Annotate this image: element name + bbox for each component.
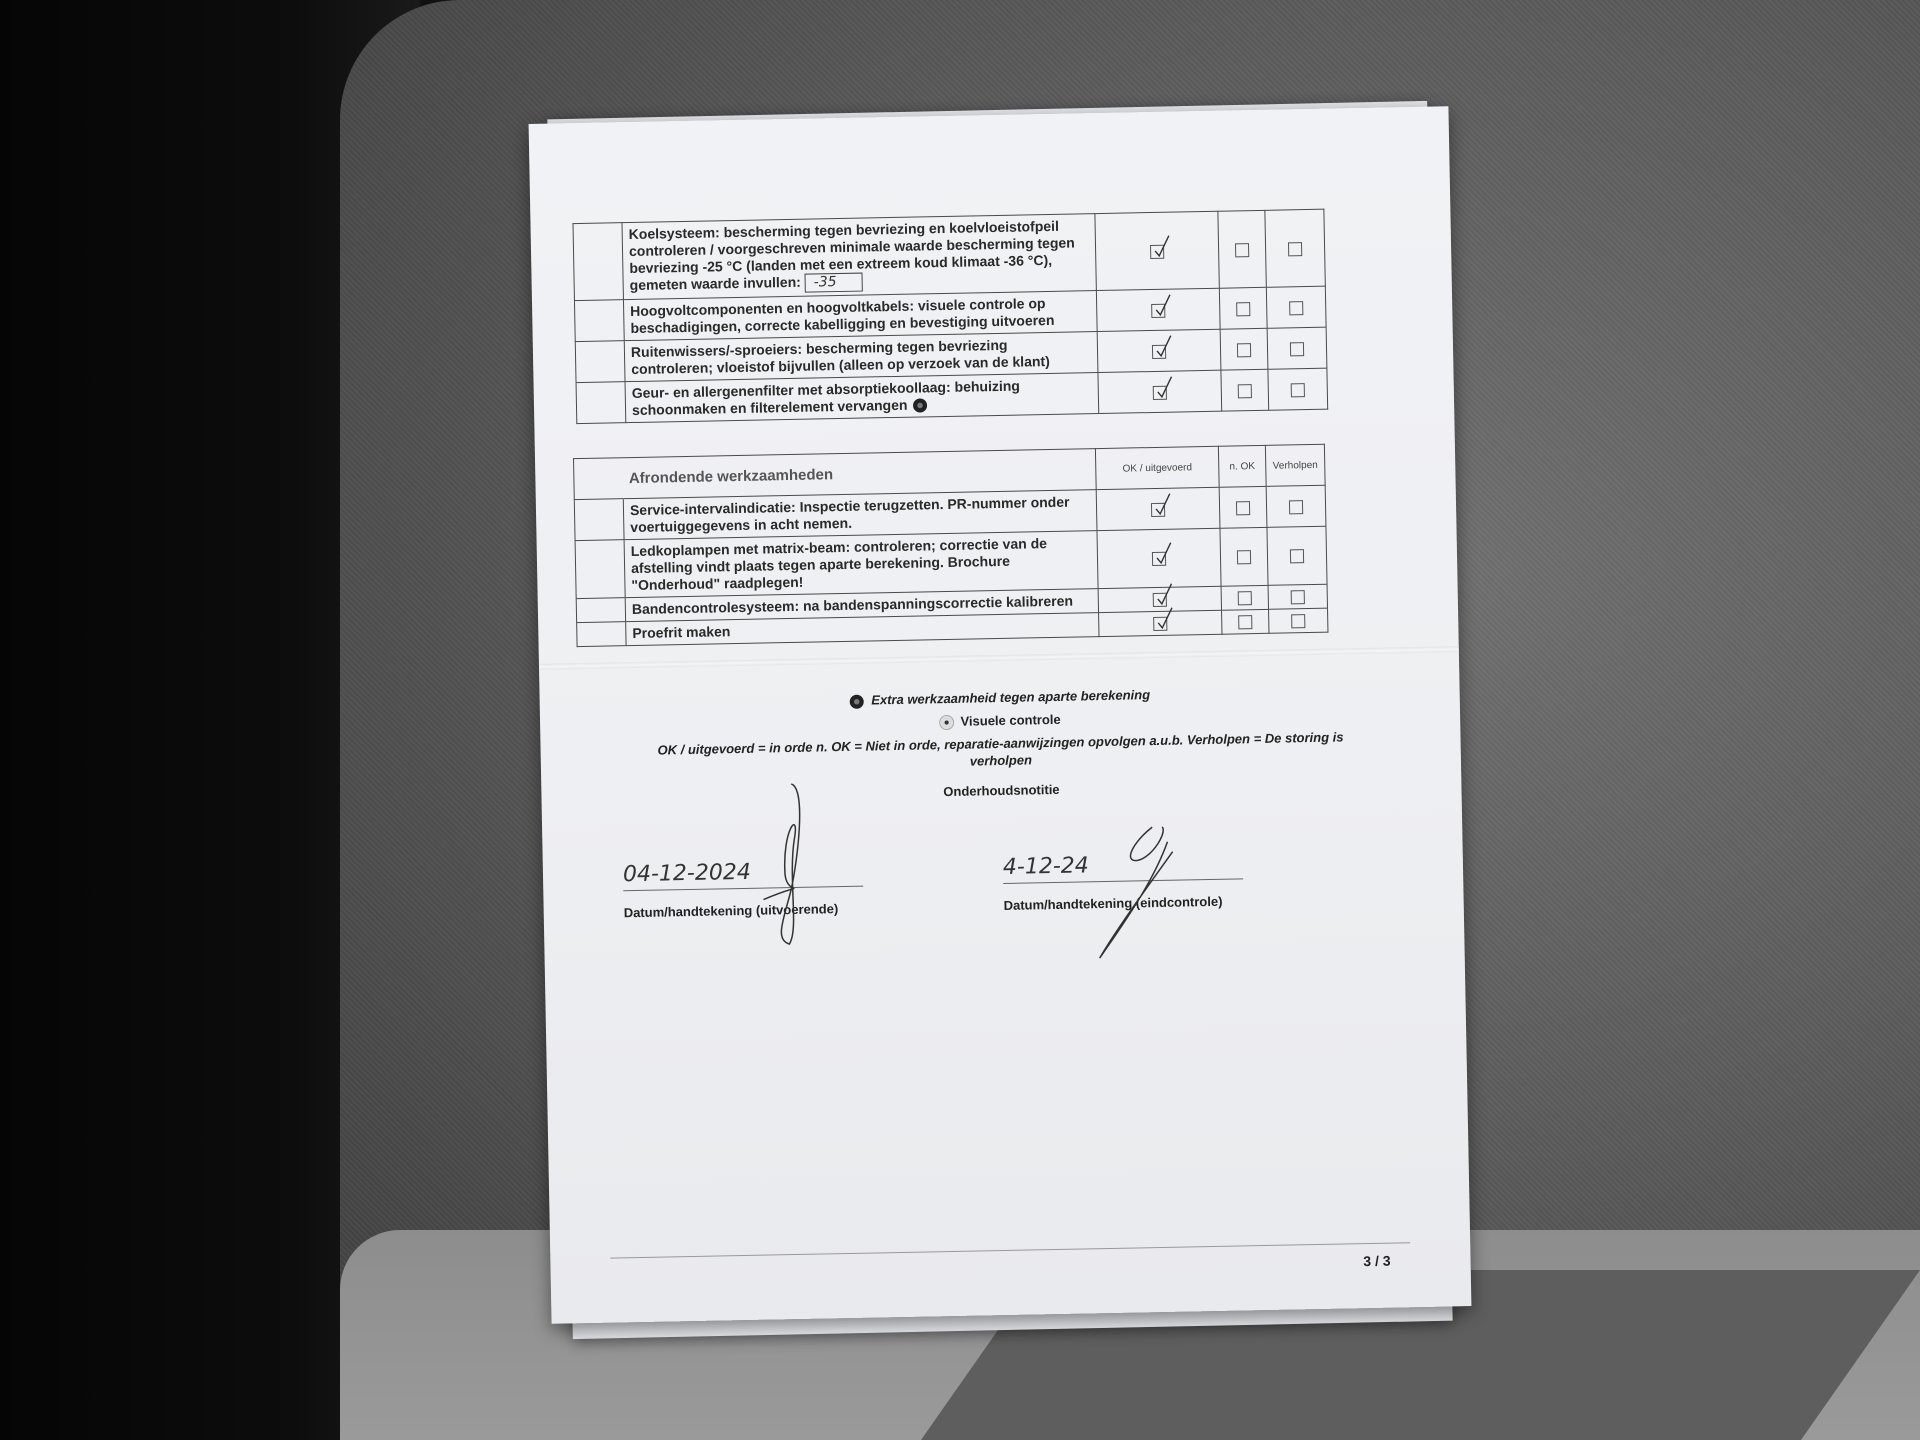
handwritten-signature: [1082, 821, 1205, 963]
checkbox-verholpen[interactable]: [1291, 614, 1305, 628]
paper-fold: [539, 646, 1459, 670]
checkbox-verholpen[interactable]: [1289, 500, 1303, 514]
section-title: Afrondende werkzaamheden: [629, 466, 834, 487]
checkbox-verholpen[interactable]: [1289, 301, 1303, 315]
handwritten-check-icon: [1158, 584, 1172, 606]
checklist-table-1: Koelsysteem: bescherming tegen bevriezin…: [572, 209, 1328, 424]
checkbox-n-ok[interactable]: [1236, 302, 1250, 316]
checkbox-ok[interactable]: [1153, 386, 1167, 400]
checkbox-n-ok[interactable]: [1236, 501, 1250, 515]
checkbox-n-ok[interactable]: [1238, 615, 1252, 629]
checkbox-n-ok[interactable]: [1237, 343, 1251, 357]
checkbox-verholpen[interactable]: [1290, 342, 1304, 356]
footer-divider: [610, 1242, 1410, 1258]
handwritten-check-icon: [1158, 376, 1172, 398]
maintenance-notes-title: Onderhoudsnotitie: [541, 774, 1461, 807]
checkbox-verholpen[interactable]: [1291, 590, 1305, 604]
handwritten-check-icon: [1156, 493, 1170, 515]
checkbox-ok[interactable]: [1151, 304, 1165, 318]
checkbox-verholpen[interactable]: [1290, 549, 1304, 563]
checkbox-ok[interactable]: [1153, 593, 1167, 607]
task-description: Service-intervalindicatie: Inspectie ter…: [630, 494, 1070, 535]
checkbox-ok[interactable]: [1151, 503, 1165, 517]
measured-value-field[interactable]: -35: [805, 273, 863, 293]
checkbox-ok[interactable]: [1152, 345, 1166, 359]
checkbox-ok[interactable]: [1152, 552, 1166, 566]
extra-work-icon: [913, 399, 927, 413]
extra-work-icon: [849, 694, 863, 708]
handwritten-check-icon: [1156, 294, 1170, 316]
checklist-table-final-tasks: Afrondende werkzaamheden OK / uitgevoerd…: [573, 444, 1328, 647]
checkbox-ok[interactable]: [1150, 245, 1164, 259]
task-description: Geur- en allergenenfilter met absorptiek…: [632, 378, 1020, 418]
handwritten-check-icon: [1155, 235, 1169, 257]
handwritten-check-icon: [1157, 335, 1171, 357]
signature-final-check: 4-12-24 Datum/handtekening (eindcontrole…: [1003, 850, 1244, 913]
handwritten-check-icon: [1158, 608, 1172, 630]
handwritten-check-icon: [1157, 543, 1171, 565]
signature-executor: 04-12-2024 Datum/handtekening (uitvoeren…: [623, 858, 864, 921]
checkbox-n-ok[interactable]: [1235, 243, 1249, 257]
checkbox-n-ok[interactable]: [1238, 384, 1252, 398]
column-n-ok: n. OK: [1218, 445, 1266, 487]
checkbox-n-ok[interactable]: [1237, 550, 1251, 564]
checkbox-n-ok[interactable]: [1238, 591, 1252, 605]
page-number: 3 / 3: [1363, 1253, 1391, 1270]
task-description: Proefrit maken: [632, 623, 730, 641]
checkbox-verholpen[interactable]: [1288, 242, 1302, 256]
table-row: Koelsysteem: bescherming tegen bevriezin…: [573, 209, 1325, 300]
task-description: Ruitenwissers/-sproeiers: bescherming te…: [631, 337, 1050, 377]
maintenance-checklist-page: Koelsysteem: bescherming tegen bevriezin…: [529, 106, 1472, 1323]
handwritten-signature: [751, 778, 834, 950]
task-description: Hoogvoltcomponenten en hoogvoltkabels: v…: [630, 295, 1055, 336]
checkbox-ok[interactable]: [1153, 617, 1167, 631]
column-ok: OK / uitgevoerd: [1095, 446, 1219, 489]
visual-check-icon: [939, 715, 954, 730]
column-verholpen: Verholpen: [1265, 444, 1325, 486]
checkbox-verholpen[interactable]: [1291, 383, 1305, 397]
task-description: Ledkoplampen met matrix-beam: controlere…: [631, 535, 1047, 593]
